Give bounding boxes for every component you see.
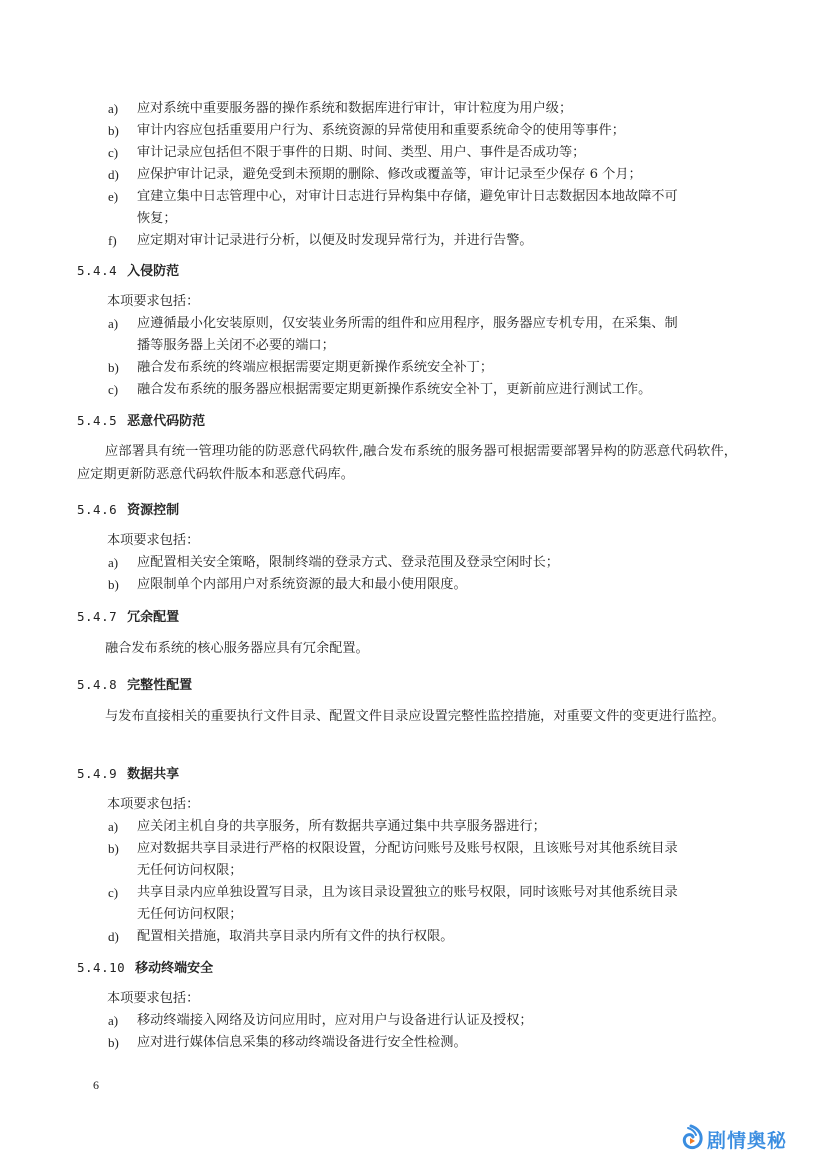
section-paragraph: 应部署具有统一管理功能的防恶意代码软件,融合发布系统的服务器可根据需要部署异构的… — [77, 440, 737, 486]
watermark-text: 剧情奥秘 — [707, 1126, 787, 1153]
section-title: 恶意代码防范 — [127, 414, 205, 429]
list-marker: b) — [108, 577, 119, 593]
list-marker: b) — [108, 1035, 119, 1051]
list-item-text: 播等服务器上关闭不必要的端口； — [137, 338, 335, 354]
list-marker: b) — [108, 123, 119, 139]
section-number: 5.4.9 — [77, 766, 117, 781]
list-item-text: 配置相关措施，取消共享目录内所有文件的执行权限。 — [137, 929, 454, 945]
list-marker: a) — [108, 555, 118, 571]
section-heading-5-4-10: 5.4.10移动终端安全 — [77, 960, 213, 977]
list-item-text: 应保护审计记录，避免受到未预期的删除、修改或覆盖等，审计记录至少保存 6 个月； — [137, 167, 642, 183]
list-marker: c) — [108, 885, 118, 901]
section-title: 冗余配置 — [127, 610, 179, 625]
section-number: 5.4.5 — [77, 413, 117, 428]
section-heading-5-4-6: 5.4.6资源控制 — [77, 502, 179, 519]
list-marker: a) — [108, 101, 118, 117]
section-heading-5-4-5: 5.4.5恶意代码防范 — [77, 413, 205, 430]
list-marker: f) — [108, 233, 117, 249]
list-item-text: 融合发布系统的服务器应根据需要定期更新操作系统安全补丁，更新前应进行测试工作。 — [137, 382, 651, 398]
list-item-text: 恢复； — [137, 211, 177, 227]
list-marker: e) — [108, 189, 118, 205]
section-heading-5-4-7: 5.4.7冗余配置 — [77, 609, 179, 626]
list-item-text: 共享目录内应单独设置写目录，且为该目录设置独立的账号权限，同时该账号对其他系统目… — [137, 885, 678, 901]
section-title: 资源控制 — [127, 503, 179, 518]
section-title: 数据共享 — [127, 767, 179, 782]
page-number: 6 — [93, 1078, 99, 1093]
list-item-text: 应对进行媒体信息采集的移动终端设备进行安全性检测。 — [137, 1035, 467, 1051]
list-item-text: 应配置相关安全策略，限制终端的登录方式、登录范围及登录空闲时长； — [137, 555, 559, 571]
list-item-text: 审计记录应包括但不限于事件的日期、时间、类型、用户、事件是否成功等； — [137, 145, 585, 161]
list-marker: b) — [108, 841, 119, 857]
intro-text: 本项要求包括： — [107, 991, 199, 1007]
list-marker: a) — [108, 316, 118, 332]
list-marker: a) — [108, 819, 118, 835]
section-title: 完整性配置 — [127, 678, 192, 693]
list-item-text: 移动终端接入网络及访问应用时，应对用户与设备进行认证及授权； — [137, 1013, 533, 1029]
list-item-text: 审计内容应包括重要用户行为、系统资源的异常使用和重要系统命令的使用等事件； — [137, 123, 625, 139]
intro-text: 本项要求包括： — [107, 294, 199, 310]
section-number: 5.4.7 — [77, 609, 117, 624]
section-title: 入侵防范 — [127, 264, 179, 279]
list-marker: a) — [108, 1013, 118, 1029]
list-item-text: 应遵循最小化安装原则，仅安装业务所需的组件和应用程序，服务器应专机专用，在采集、… — [137, 316, 678, 332]
list-item-text: 应对系统中重要服务器的操作系统和数据库进行审计，审计粒度为用户级； — [137, 101, 572, 117]
watermark-logo: 剧情奥秘 — [682, 1124, 787, 1154]
intro-text: 本项要求包括： — [107, 797, 199, 813]
list-item-text: 宜建立集中日志管理中心，对审计日志进行异构集中存储，避免审计日志数据因本地故障不… — [137, 189, 678, 205]
list-item-text: 无任何访问权限； — [137, 907, 243, 923]
list-item-text: 无任何访问权限； — [137, 863, 243, 879]
list-marker: b) — [108, 360, 119, 376]
list-marker: c) — [108, 145, 118, 161]
play-swirl-logo-icon — [682, 1124, 704, 1154]
section-paragraph: 融合发布系统的核心服务器应具有冗余配置。 — [77, 637, 737, 660]
section-number: 5.4.6 — [77, 502, 117, 517]
list-marker: d) — [108, 167, 119, 183]
section-number: 5.4.4 — [77, 263, 117, 278]
document-page: a) 应对系统中重要服务器的操作系统和数据库进行审计，审计粒度为用户级； b) … — [0, 0, 827, 1170]
section-number: 5.4.10 — [77, 960, 125, 975]
list-marker: d) — [108, 929, 119, 945]
list-item-text: 融合发布系统的终端应根据需要定期更新操作系统安全补丁； — [137, 360, 493, 376]
section-title: 移动终端安全 — [135, 961, 213, 976]
section-heading-5-4-9: 5.4.9数据共享 — [77, 766, 179, 783]
intro-text: 本项要求包括： — [107, 533, 199, 549]
section-paragraph: 与发布直接相关的重要执行文件目录、配置文件目录应设置完整性监控措施，对重要文件的… — [77, 705, 737, 728]
section-heading-5-4-4: 5.4.4入侵防范 — [77, 263, 179, 280]
list-marker: c) — [108, 382, 118, 398]
list-item-text: 应限制单个内部用户对系统资源的最大和最小使用限度。 — [137, 577, 467, 593]
list-item-text: 应定期对审计记录进行分析，以便及时发现异常行为，并进行告警。 — [137, 233, 533, 249]
list-item-text: 应对数据共享目录进行严格的权限设置，分配访问账号及账号权限，且该账号对其他系统目… — [137, 841, 678, 857]
section-number: 5.4.8 — [77, 677, 117, 692]
list-item-text: 应关闭主机自身的共享服务，所有数据共享通过集中共享服务器进行； — [137, 819, 546, 835]
section-heading-5-4-8: 5.4.8完整性配置 — [77, 677, 192, 694]
